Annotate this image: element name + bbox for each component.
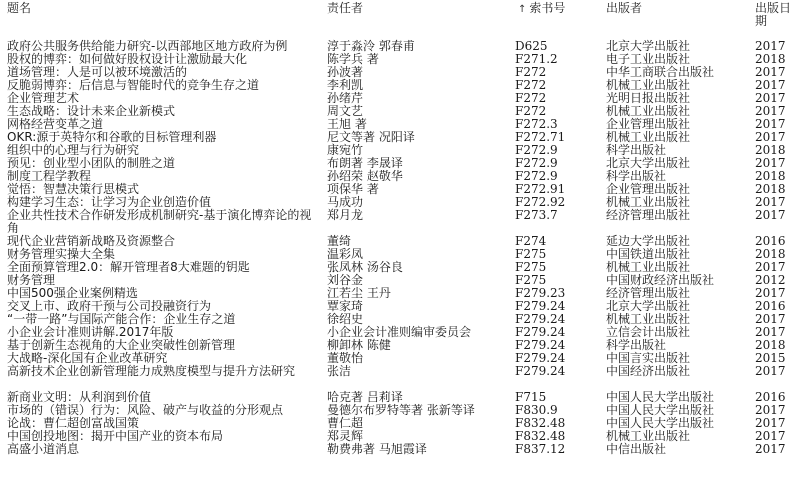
- cell-publisher: 中国经济出版社: [606, 365, 690, 378]
- cell-callno: F279.24: [515, 365, 565, 378]
- cell-date: 2017: [755, 209, 786, 222]
- table-row[interactable]: 高盛小道消息勒费弗著 马旭霞译F837.12中信出版社2017: [0, 443, 798, 456]
- cell-date: 2017: [755, 443, 786, 456]
- sort-ascending-icon: ↑: [518, 3, 526, 16]
- cell-author: 张洁: [327, 365, 351, 378]
- column-header-publisher[interactable]: 出版者: [606, 2, 642, 15]
- column-header-callno[interactable]: ↑索书号: [518, 2, 565, 16]
- table-row[interactable]: 企业共性技术合作研发形成机制研究-基于演化博弈论的视角郑月龙F273.7经济管理…: [0, 209, 798, 235]
- column-header-title[interactable]: 题名: [7, 2, 31, 15]
- cell-callno: F837.12: [515, 443, 565, 456]
- book-results-table: 题名 责任者 ↑索书号 出版者 出版日期 政府公共服务供给能力研究-以西部地区地…: [0, 0, 798, 456]
- cell-title[interactable]: 高盛小道消息: [7, 443, 322, 456]
- cell-date: 2017: [755, 365, 786, 378]
- cell-title[interactable]: 企业共性技术合作研发形成机制研究-基于演化博弈论的视角: [7, 209, 322, 235]
- cell-publisher: 中信出版社: [606, 443, 666, 456]
- column-header-author[interactable]: 责任者: [327, 2, 363, 15]
- table-header: 题名 责任者 ↑索书号 出版者 出版日期: [0, 0, 798, 40]
- cell-title[interactable]: 高新技术企业创新管理能力成熟度模型与提升方法研究: [7, 365, 322, 378]
- column-header-callno-label: 索书号: [529, 1, 565, 15]
- column-header-date[interactable]: 出版日期: [755, 2, 795, 28]
- cell-author: 勒费弗著 马旭霞译: [327, 443, 427, 456]
- table-row[interactable]: 高新技术企业创新管理能力成熟度模型与提升方法研究张洁F279.24中国经济出版社…: [0, 365, 798, 391]
- cell-callno: F273.7: [515, 209, 558, 222]
- cell-publisher: 经济管理出版社: [606, 209, 690, 222]
- cell-author: 郑月龙: [327, 209, 363, 222]
- table-body: 政府公共服务供给能力研究-以西部地区地方政府为例淳于淼泠 郭春甫D625北京大学…: [0, 40, 798, 456]
